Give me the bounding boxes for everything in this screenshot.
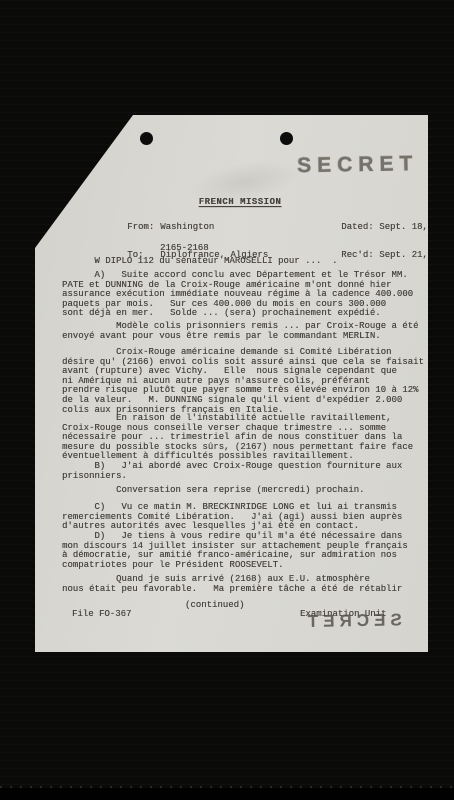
punch-hole-left (140, 132, 153, 145)
dated-line: Dated:Sept. 18, 1943 (298, 213, 454, 242)
file-reference: File FO-367 (72, 610, 131, 620)
microfilm-scan-background: SECRET FRENCH MISSION From:Washington To… (0, 0, 454, 800)
paragraph-conversation: Conversation sera reprise (mercredi) pro… (62, 486, 427, 496)
from-line: From:Washington (84, 213, 268, 242)
paragraph-d: D) Je tiens à vous redire qu'il m'a été … (62, 532, 427, 570)
paragraph-modele: Modèle colis prisonniers remis ... par C… (62, 322, 427, 341)
continued-note: (continued) (185, 601, 244, 611)
title-row: FRENCH MISSION (62, 198, 418, 208)
dated-label: Dated: (341, 223, 379, 233)
dated-value: Sept. 18, 1943 (379, 222, 454, 232)
paragraph-b: B) J'ai abordé avec Croix-Rouge question… (62, 462, 427, 481)
from-label: From: (127, 223, 160, 233)
from-value: Washington (160, 222, 214, 232)
paragraph-croix-rouge: Croix-Rouge américaine demande si Comité… (62, 348, 427, 415)
film-bottom-band (0, 788, 454, 800)
paragraph-intro: W DIPLO 112 du sénateur MAROSELLI pour .… (62, 257, 427, 267)
paragraph-a: A) Suite accord conclu avec Département … (62, 271, 427, 319)
punch-hole-right (280, 132, 293, 145)
message-reference-numbers: 2165-2168 (160, 244, 209, 254)
paragraph-quand: Quand je suis arrivé (2168) aux E.U. atm… (62, 575, 427, 594)
telegram-page: SECRET FRENCH MISSION From:Washington To… (35, 115, 428, 652)
secret-stamp-mirrored-bleedthrough: SECRET (303, 615, 402, 626)
secret-stamp: SECRET (297, 159, 418, 171)
paragraph-en-raison: En raison de l'instabilité actuelle ravi… (62, 414, 427, 462)
document-title: FRENCH MISSION (199, 197, 282, 207)
paragraph-c: C) Vu ce matin M. BRECKINRIDGE LONG et l… (62, 503, 427, 532)
